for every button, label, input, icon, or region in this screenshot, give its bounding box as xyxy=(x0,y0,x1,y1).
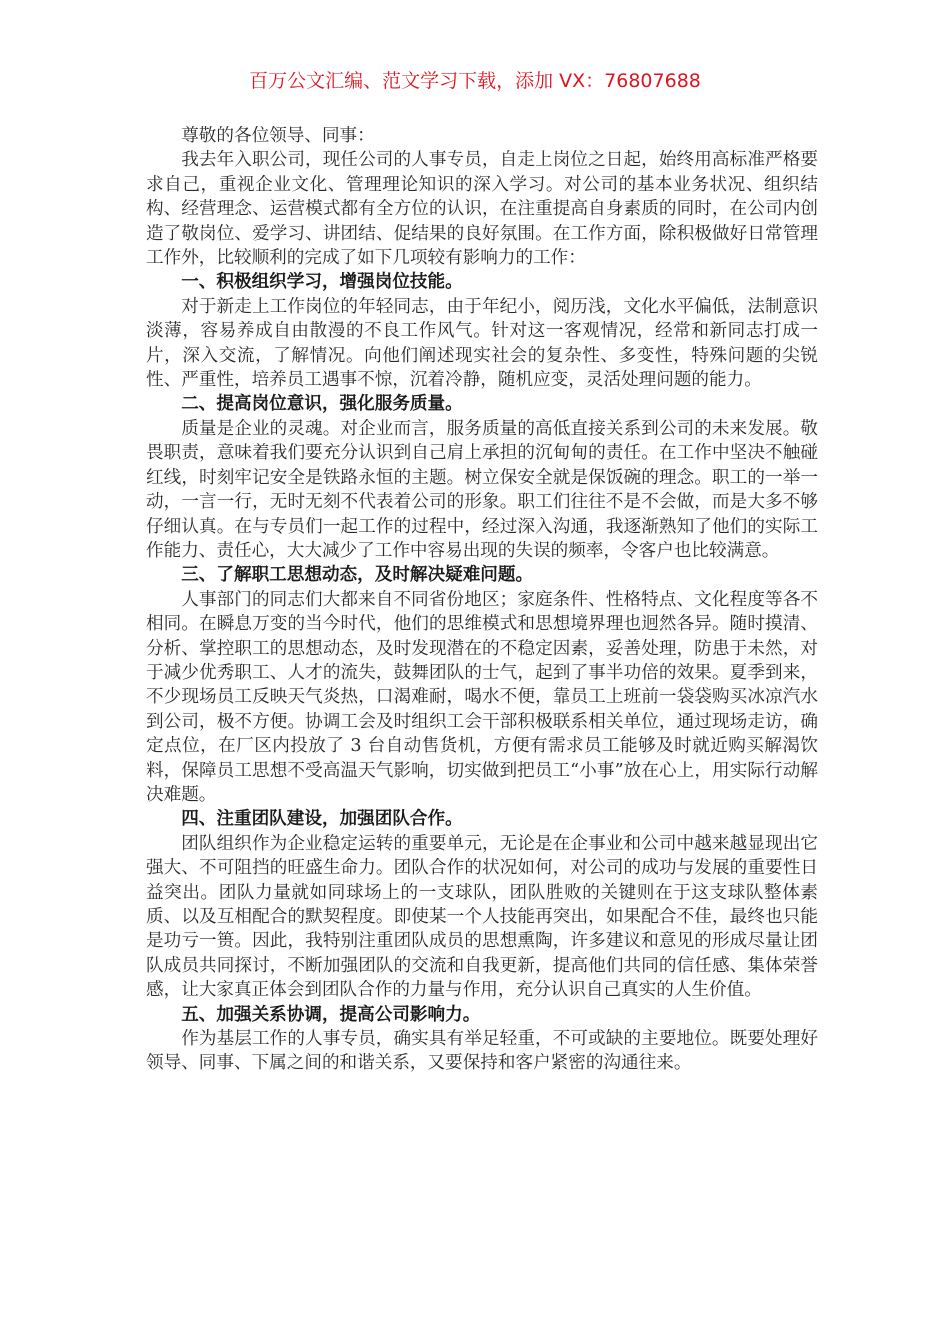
section-body-2: 质量是企业的灵魂。对企业而言，服务质量的高低直接关系到公司的未来发展。敬畏职责，… xyxy=(146,417,818,563)
salutation: 尊敬的各位领导、同事： xyxy=(146,124,818,148)
section-body-3: 人事部门的同志们大都来自不同省份地区；家庭条件、性格特点、文化程度等各不相同。在… xyxy=(146,588,818,808)
section-heading-5: 五、加强关系协调，提高公司影响力。 xyxy=(146,1003,818,1027)
document-page: 百万公文汇编、范文学习下载，添加 VX：76807688 尊敬的各位领导、同事：… xyxy=(0,0,950,1344)
document-body: 尊敬的各位领导、同事： 我去年入职公司，现任公司的人事专员，自走上岗位之日起，始… xyxy=(146,124,818,1076)
section-body-4: 团队组织作为企业稳定运转的重要单元，无论是在企事业和公司中越来越显现出它强大、不… xyxy=(146,832,818,1003)
section-heading-4: 四、注重团队建设，加强团队合作。 xyxy=(146,807,818,831)
section-heading-3: 三、了解职工思想动态，及时解决疑难问题。 xyxy=(146,563,818,587)
section-body-5: 作为基层工作的人事专员，确实具有举足轻重，不可或缺的主要地位。既要处理好领导、同… xyxy=(146,1027,818,1076)
section-heading-2: 二、提高岗位意识，强化服务质量。 xyxy=(146,392,818,416)
section-body-1: 对于新走上工作岗位的年轻同志，由于年纪小，阅历浅，文化水平偏低，法制意识淡薄，容… xyxy=(146,295,818,393)
section-heading-1: 一、积极组织学习，增强岗位技能。 xyxy=(146,270,818,294)
intro-paragraph: 我去年入职公司，现任公司的人事专员，自走上岗位之日起，始终用高标准严格要求自己，… xyxy=(146,148,818,270)
promo-banner: 百万公文汇编、范文学习下载，添加 VX：76807688 xyxy=(0,66,950,96)
